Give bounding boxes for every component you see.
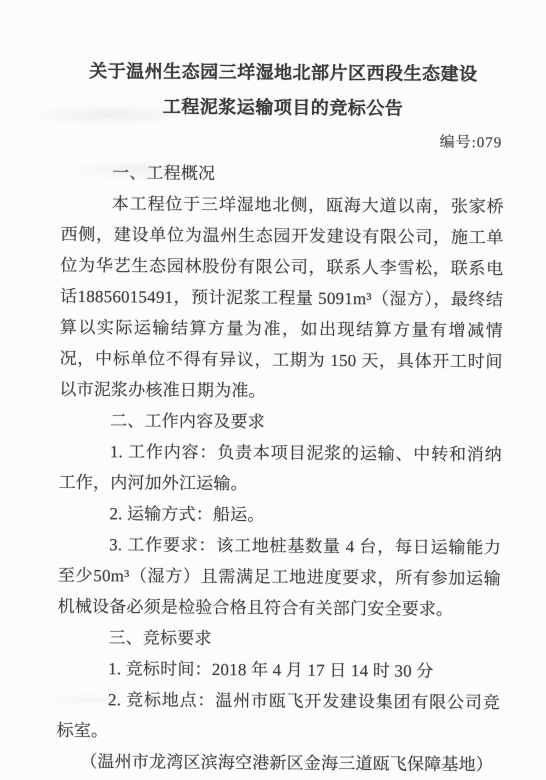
paragraph-work-content: 1. 工作内容：负责本项目泥浆的运输、中转和消纳工作，内河加外江运输。 bbox=[59, 436, 502, 501]
document-content: 关于温州生态园三垟湿地北部片区西段生态建设 工程泥浆运输项目的竞标公告 编号:0… bbox=[56, 54, 505, 780]
document-body: 一、工程概况 本工程位于三垟湿地北侧，瓯海大道以南，张家桥西侧，建设单位为温州生… bbox=[56, 157, 504, 780]
section-heading-2: 二、工作内容及要求 bbox=[59, 405, 502, 439]
paragraph-bid-location: 2. 竞标地点：温州市瓯飞开发建设集团有限公司竞标室。 bbox=[57, 684, 500, 749]
scanned-document-page: 关于温州生态园三垟湿地北部片区西段生态建设 工程泥浆运输项目的竞标公告 编号:0… bbox=[0, 0, 546, 780]
document-number: 编号:079 bbox=[61, 130, 504, 154]
section-heading-1: 一、工程概况 bbox=[61, 157, 504, 191]
paragraph-work-requirements: 3. 工作要求：该工地桩基数量 4 台，每日运输能力至少50m³（湿方）且需满足… bbox=[58, 529, 502, 625]
title-line-1: 关于温州生态园三垟湿地北部片区西段生态建设 bbox=[62, 54, 505, 92]
document-title: 关于温州生态园三垟湿地北部片区西段生态建设 工程泥浆运输项目的竞标公告 bbox=[61, 54, 505, 127]
section-heading-3: 三、竞标要求 bbox=[57, 622, 500, 656]
paragraph-overview: 本工程位于三垟湿地北侧，瓯海大道以南，张家桥西侧，建设单位为温州生态园开发建设有… bbox=[59, 188, 504, 408]
paragraph-bid-location-note: （温州市龙湾区滨海空港新区金海三道瓯飞保障基地） bbox=[56, 746, 499, 780]
title-line-2: 工程泥浆运输项目的竞标公告 bbox=[61, 89, 504, 127]
paragraph-bid-time: 1. 竞标时间：2018 年 4 月 17 日 14 时 30 分 bbox=[57, 653, 500, 687]
paragraph-transport-method: 2. 运输方式：船运。 bbox=[58, 498, 501, 532]
